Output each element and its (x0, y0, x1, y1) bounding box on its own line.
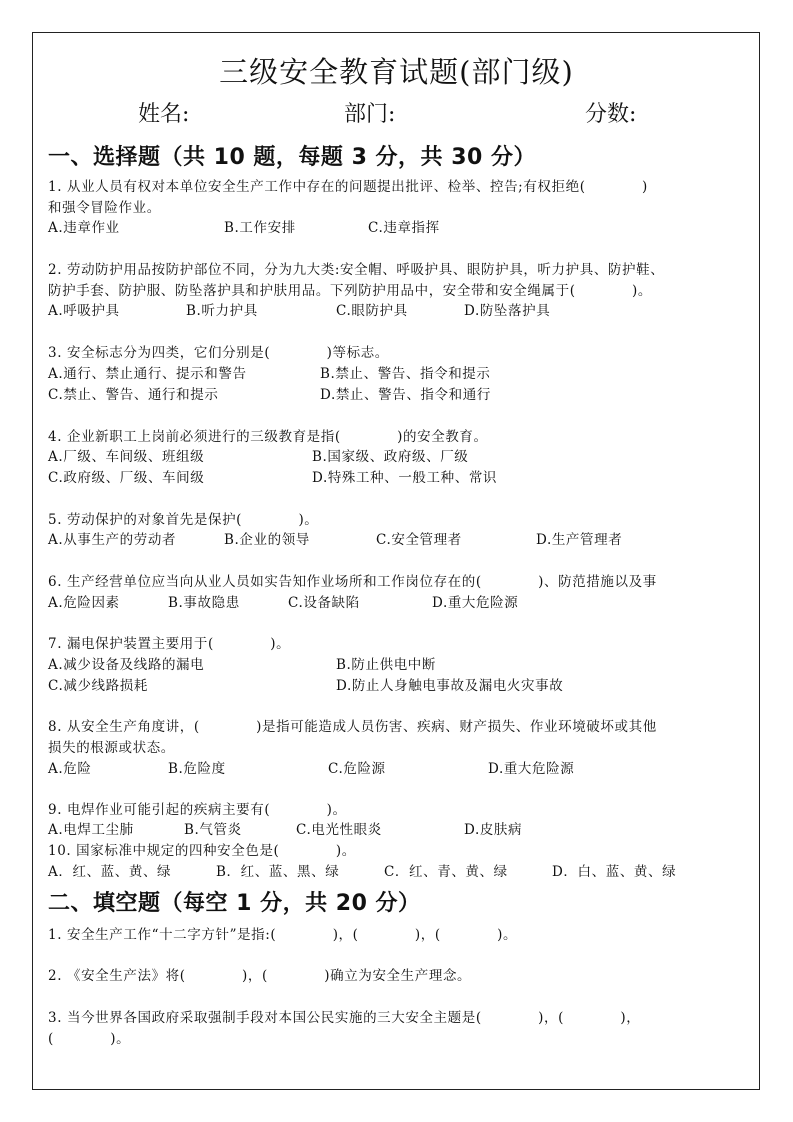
question-5-option-c: C.安全管理者 (376, 528, 462, 548)
question-6-option-c: C.设备缺陷 (288, 591, 360, 611)
fill-question-2-text: 2. 《安全生产法》将( )，( )确立为安全生产理念。 (48, 964, 471, 984)
fill-question-3-text-cont: ( )。 (48, 1027, 130, 1047)
question-7-option-a: A.减少设备及线路的漏电 (48, 653, 204, 673)
question-10-text: 10. 国家标准中规定的四种安全色是( )。 (48, 839, 356, 859)
question-4-option-c: C.政府级、厂级、车间级 (48, 466, 204, 486)
question-9-option-c: C.电光性眼炎 (296, 818, 382, 838)
question-6-text: 6. 生产经营单位应当向从业人员如实告知作业场所和工作岗位存在的( )、防范措施… (48, 570, 657, 590)
question-7-option-b: B.防止供电中断 (336, 653, 436, 673)
name-field-label: 姓名: (138, 97, 189, 128)
question-1-option-a: A.违章作业 (48, 216, 120, 236)
question-10-option-c: C．红、青、黄、绿 (384, 860, 508, 880)
question-8-option-b: B.危险度 (168, 757, 226, 777)
question-9-option-b: B.气管炎 (184, 818, 242, 838)
question-2-option-a: A.呼吸护具 (48, 299, 120, 319)
question-7-text: 7. 漏电保护装置主要用于( )。 (48, 632, 290, 652)
question-3-option-c: C.禁止、警告、通行和提示 (48, 383, 218, 403)
question-8-text-cont: 损失的根源或状态。 (48, 736, 175, 756)
question-3-option-d: D.禁止、警告、指令和通行 (320, 383, 491, 403)
question-5-option-a: A.从事生产的劳动者 (48, 528, 176, 548)
question-4-option-a: A.厂级、车间级、班组级 (48, 445, 204, 465)
question-1-text-cont: 和强令冒险作业。 (48, 196, 161, 216)
question-2-option-d: D.防坠落护具 (464, 299, 550, 319)
question-10-option-d: D．白、蓝、黄、绿 (552, 860, 676, 880)
question-8-option-c: C.危险源 (328, 757, 386, 777)
question-6-option-a: A.危险因素 (48, 591, 120, 611)
department-field-label: 部门: (344, 97, 395, 128)
section-heading-fill-blank: 二、填空题（每空 1 分，共 20 分） (48, 886, 421, 917)
question-2-text: 2. 劳动防护用品按防护部位不同，分为九大类:安全帽、呼吸护具、眼防护具，听力护… (48, 258, 664, 278)
question-7-option-c: C.减少线路损耗 (48, 674, 148, 694)
question-1-option-c: C.违章指挥 (368, 216, 440, 236)
question-3-option-a: A.通行、禁止通行、提示和警告 (48, 362, 247, 382)
question-5-text: 5. 劳动保护的对象首先是保护( )。 (48, 508, 318, 528)
question-8-text: 8. 从安全生产角度讲，( )是指可能造成人员伤害、疾病、财产损失、作业环境破坏… (48, 715, 657, 735)
question-4-option-b: B.国家级、政府级、厂级 (312, 445, 468, 465)
score-field-label: 分数: (585, 97, 636, 128)
question-4-option-d: D.特殊工种、一般工种、常识 (312, 466, 497, 486)
question-2-option-c: C.眼防护具 (336, 299, 408, 319)
fill-question-3-text: 3. 当今世界各国政府采取强制手段对本国公民实施的三大安全主题是( )，( )， (48, 1006, 640, 1026)
question-3-text: 3. 安全标志分为四类，它们分别是( )等标志。 (48, 341, 389, 361)
question-5-option-d: D.生产管理者 (536, 528, 622, 548)
question-2-option-b: B.听力护具 (186, 299, 258, 319)
question-3-option-b: B.禁止、警告、指令和提示 (320, 362, 491, 382)
question-8-option-a: A.危险 (48, 757, 91, 777)
question-6-option-d: D.重大危险源 (432, 591, 518, 611)
question-9-option-a: A.电焊工尘肺 (48, 818, 134, 838)
page-title: 三级安全教育试题(部门级) (0, 50, 793, 91)
question-1-text: 1. 从业人员有权对本单位安全生产工作中存在的问题提出批评、检举、控告;有权拒绝… (48, 175, 648, 195)
question-9-option-d: D.皮肤病 (464, 818, 522, 838)
question-1-option-b: B.工作安排 (224, 216, 296, 236)
question-7-option-d: D.防止人身触电事故及漏电火灾事故 (336, 674, 563, 694)
section-heading-multiple-choice: 一、选择题（共 10 题，每题 3 分，共 30 分） (48, 140, 536, 171)
question-6-option-b: B.事故隐患 (168, 591, 240, 611)
fill-question-1-text: 1. 安全生产工作“十二字方针”是指:( )，( )，( )。 (48, 923, 517, 943)
question-9-text: 9. 电焊作业可能引起的疾病主要有( )。 (48, 798, 347, 818)
question-4-text: 4. 企业新职工上岗前必须进行的三级教育是指( )的安全教育。 (48, 425, 488, 445)
question-10-option-b: B．红、蓝、黑、绿 (216, 860, 339, 880)
question-10-option-a: A．红、蓝、黄、绿 (48, 860, 171, 880)
question-2-text-cont: 防护手套、防护服、防坠落护具和护肤用品。下列防护用品中，安全带和安全绳属于( )… (48, 279, 652, 299)
question-5-option-b: B.企业的领导 (224, 528, 310, 548)
question-8-option-d: D.重大危险源 (488, 757, 574, 777)
